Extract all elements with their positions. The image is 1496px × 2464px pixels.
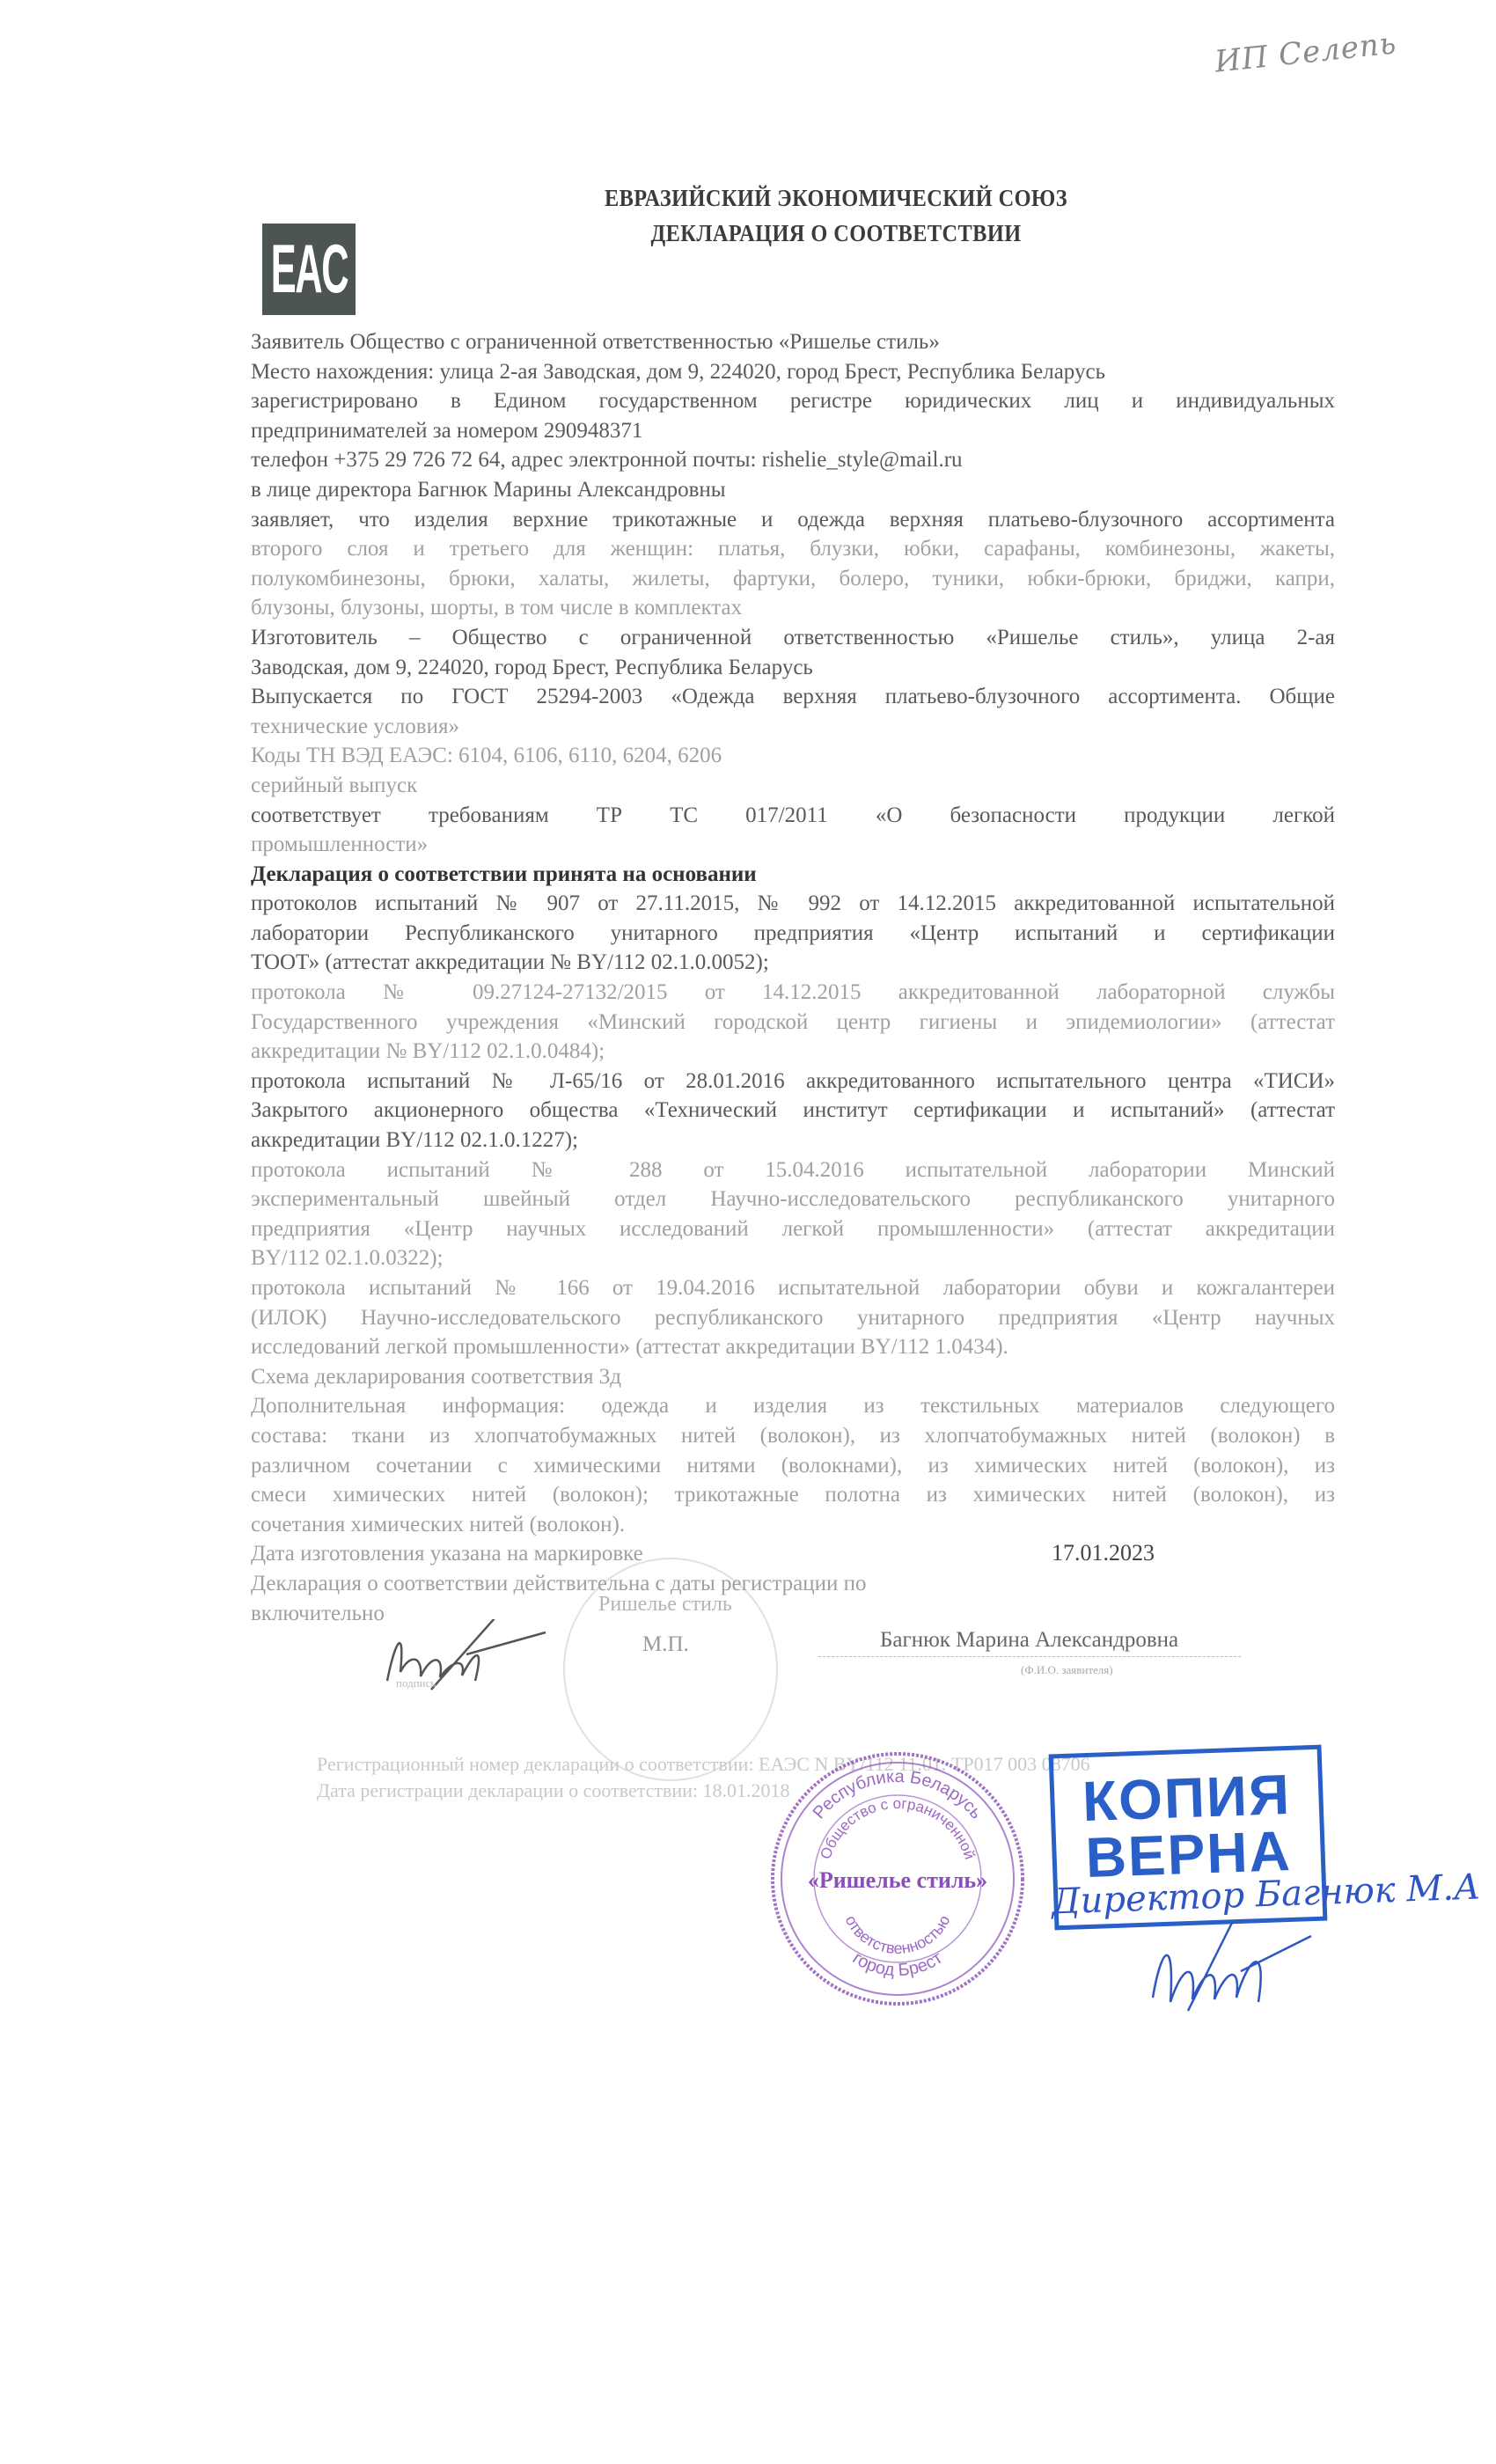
signature-caption: подпись [396,1676,436,1690]
body-line: экспериментальный швейный отдел Научно-и… [251,1184,1335,1214]
body-line: Закрытого акционерного общества «Техниче… [251,1096,1335,1126]
body-line: Декларация о соответствии принята на осн… [251,860,1335,890]
body-line: ТООТ» (аттестат аккредитации № BY/112 02… [251,948,1335,978]
body-line: лаборатории Республиканского унитарного … [251,919,1335,949]
signer-caption: (Ф.И.О. заявителя) [1021,1663,1113,1677]
body-line: предприятия «Центр научных исследований … [251,1214,1335,1244]
body-line: соответствует требованиям ТР ТС 017/2011… [251,801,1335,831]
body-line: телефон +375 29 726 72 64, адрес электро… [251,445,1335,475]
body-line: второго слоя и третьего для женщин: плат… [251,534,1335,564]
body-line: Декларация о соответствии действительна … [251,1569,1335,1599]
body-line: Заводская, дом 9, 224020, город Брест, Р… [251,653,1335,683]
body-line: различном сочетании с химическими нитями… [251,1451,1335,1481]
body-line: протоколов испытаний № 907 от 27.11.2015… [251,889,1335,919]
body-line: в лице директора Багнюк Марины Александр… [251,475,1335,505]
header-declaration-title: ДЕКЛАРАЦИЯ О СООТВЕТСТВИИ [480,220,1192,247]
body-line: серийный выпуск [251,771,1335,801]
company-round-stamp-icon: Республика Беларусь Общество с ограничен… [766,1747,1030,2011]
body-line: протокола испытаний № 166 от 19.04.2016 … [251,1273,1335,1303]
body-line: промышленности» [251,830,1335,860]
body-line: полукомбинезоны, брюки, халаты, жилеты, … [251,564,1335,594]
body-line: Государственного учреждения «Минский гор… [251,1008,1335,1038]
faded-stamp [563,1558,778,1781]
svg-text:«Ришелье стиль»: «Ришелье стиль» [808,1867,987,1893]
faded-stamp-text: Ришелье стиль [598,1593,732,1617]
body-line: Дополнительная информация: одежда и изде… [251,1391,1335,1421]
body-line: технические условия» [251,712,1335,742]
body-line: протокола испытаний № Л-65/16 от 28.01.2… [251,1067,1335,1096]
signer-underline [818,1656,1241,1657]
body-line: заявляет, что изделия верхние трикотажны… [251,505,1335,535]
body-line: состава: ткани из хлопчатобумажных нитей… [251,1421,1335,1451]
body-line: аккредитации № BY/112 02.1.0.0484); [251,1037,1335,1067]
body-line: Место нахождения: улица 2-ая Заводская, … [251,357,1335,387]
header-union-title: ЕВРАЗИЙСКИЙ ЭКОНОМИЧЕСКИЙ СОЮЗ [480,185,1192,212]
signature-icon [370,1619,572,1707]
declaration-body: Заявитель Общество с ограниченной ответс… [251,327,1335,1628]
handwritten-note: ИП Селепь [1213,26,1397,79]
body-line: зарегистрировано в Едином государственно… [251,386,1335,416]
body-line: Дата изготовления указана на маркировке [251,1539,1335,1569]
body-line: протокола № 09.27124-27132/2015 от 14.12… [251,978,1335,1008]
body-line: Изготовитель – Общество с ограниченной о… [251,623,1335,653]
eac-logo-text: EAC [270,231,347,309]
body-line: исследований легкой промышленности» (атт… [251,1332,1335,1362]
body-line: Заявитель Общество с ограниченной ответс… [251,327,1335,357]
body-line: Коды ТН ВЭД ЕАЭС: 6104, 6106, 6110, 6204… [251,741,1335,771]
body-line: BY/112 02.1.0.0322); [251,1243,1335,1273]
body-line: протокола испытаний № 288 от 15.04.2016 … [251,1155,1335,1185]
body-line: сочетания химических нитей (волокон). [251,1510,1335,1540]
body-line: аккредитации BY/112 02.1.0.1227); [251,1126,1335,1155]
body-line: Выпускается по ГОСТ 25294-2003 «Одежда в… [251,682,1335,712]
certification-signature-icon [1135,1918,1329,2015]
body-line: Схема декларирования соответствия 3д [251,1362,1335,1392]
eac-mark-icon: EAC [262,224,356,315]
body-line: (ИЛОК) Научно-исследовательского республ… [251,1303,1335,1333]
seal-place-label: М.П. [642,1632,689,1657]
signer-name: Багнюк Марина Александровна [880,1628,1178,1653]
body-line: предпринимателей за номером 290948371 [251,416,1335,446]
valid-until-date: 17.01.2023 [1052,1540,1155,1566]
body-line: смеси химических нитей (волокон); трикот… [251,1480,1335,1510]
body-line: блузоны, блузоны, шорты, в том числе в к… [251,593,1335,623]
